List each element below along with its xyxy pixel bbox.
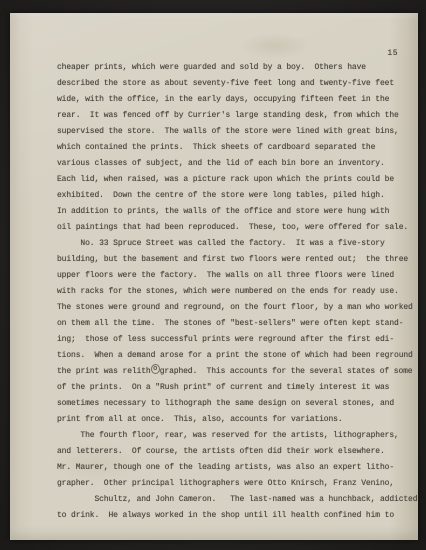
text-line: Each lid, when raised, was a picture rac…	[57, 172, 409, 188]
paper-stain	[240, 33, 310, 59]
text-line: to drink. He always worked in the shop u…	[57, 508, 409, 524]
text-line: grapher. Other principal lithographers w…	[57, 476, 409, 492]
page-number: 15	[387, 49, 398, 58]
text-line: sometimes necessary to lithograph the sa…	[57, 396, 409, 412]
text-line: described the store as about seventy-fiv…	[57, 76, 409, 92]
paragraph: cheaper prints, which were guarded and s…	[57, 60, 409, 236]
text-line: rear. It was fenced off by Currier's lar…	[57, 108, 409, 124]
scan-background: 15 cheaper prints, which were guarded an…	[0, 0, 426, 550]
text-line: exhibited. Down the centre of the store …	[57, 188, 409, 204]
text-line: on them all the time. The stones of "bes…	[57, 316, 409, 332]
text-line: The fourth floor, rear, was reserved for…	[57, 428, 409, 444]
text-line: and letterers. Of course, the artists of…	[57, 444, 409, 460]
manuscript-page: 15 cheaper prints, which were guarded an…	[10, 13, 418, 540]
text-line: The stones were ground and reground, on …	[57, 300, 409, 316]
text-line: upper floors were the factory. The walls…	[57, 268, 409, 284]
text-line: No. 33 Spruce Street was called the fact…	[57, 236, 409, 252]
paragraph: No. 33 Spruce Street was called the fact…	[57, 236, 409, 428]
paragraph: The fourth floor, rear, was reserved for…	[57, 428, 409, 524]
text-line: which contained the prints. Thick sheets…	[57, 140, 409, 156]
document-body: cheaper prints, which were guarded and s…	[57, 60, 409, 524]
text-line: print from all at once. This, also, acco…	[57, 412, 409, 428]
text-line: various classes of subject, and the lid …	[57, 156, 409, 172]
text-line: Mr. Maurer, though one of the leading ar…	[57, 460, 409, 476]
text-line: Schultz, and John Cameron. The last-name…	[57, 492, 409, 508]
text-line: building, but the basement and first two…	[57, 252, 409, 268]
text-line: oil paintings that had been reproduced. …	[57, 220, 409, 236]
text-line: cheaper prints, which were guarded and s…	[57, 60, 409, 76]
text-line: with racks for the stones, which were nu…	[57, 284, 409, 300]
text-line: In addition to prints, the walls of the …	[57, 204, 409, 220]
text-line: wide, with the office, in the early days…	[57, 92, 409, 108]
text-line: tions. When a demand arose for a print t…	[57, 348, 409, 364]
text-line: of the prints. On a "Rush print" of curr…	[57, 380, 409, 396]
text-line: the print was relithographed. This accou…	[57, 364, 409, 380]
text-line: ing; those of less successful prints wer…	[57, 332, 409, 348]
text-line: supervised the store. The walls of the s…	[57, 124, 409, 140]
handwritten-correction: o	[151, 364, 160, 374]
